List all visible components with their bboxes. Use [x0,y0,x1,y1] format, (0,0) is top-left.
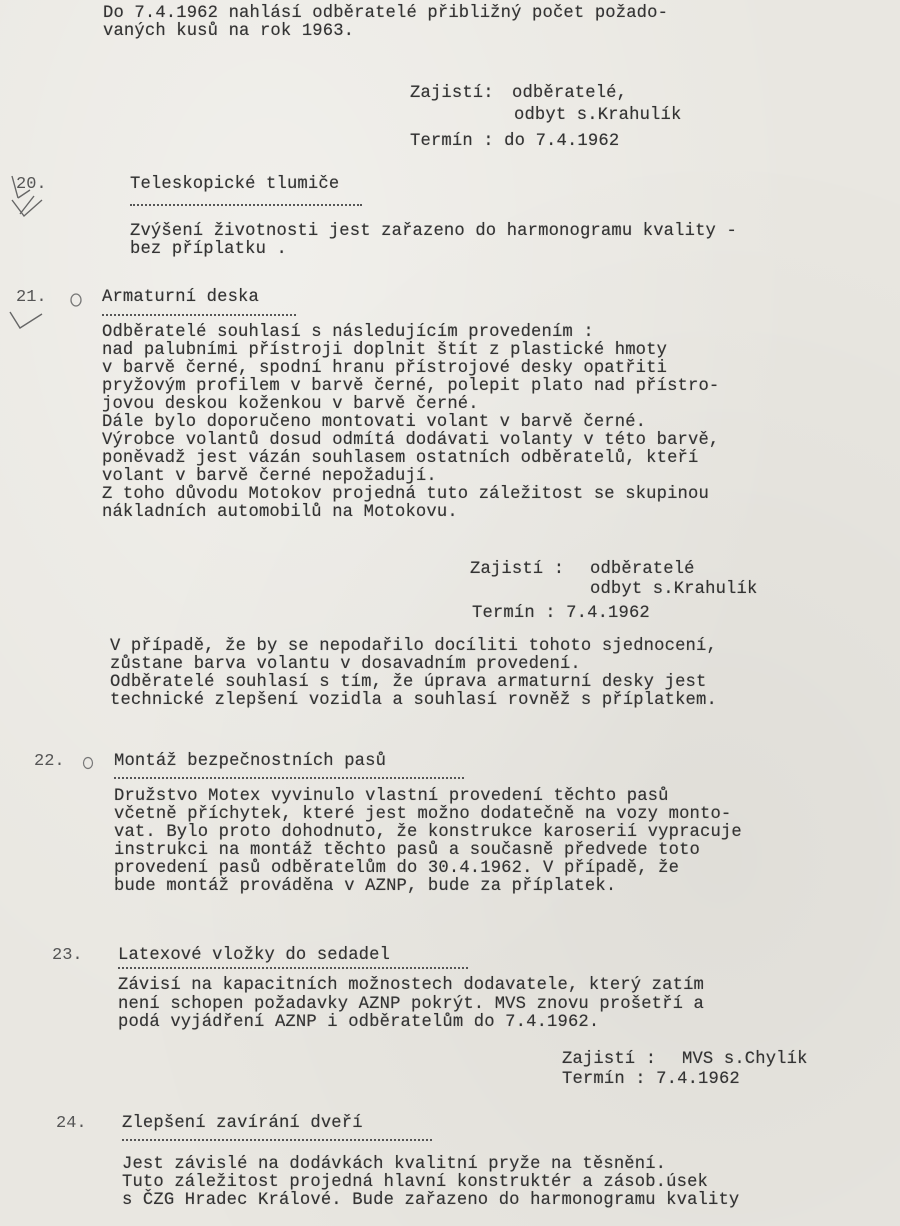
responsible-line: odběratelé [590,560,695,580]
check-mark-icon [8,306,48,336]
body-line: V případě, že by se nepodařilo docíliti … [110,637,717,657]
body-line: včetně příchytek, které jest možno dodat… [114,805,731,825]
responsible-label: Zajistí : [470,560,564,580]
body-line: v barvě černé, spodní hranu přístrojové … [102,359,667,379]
section-title: Latexové vložky do sedadel [118,946,390,966]
item-number: 24. [56,1114,87,1134]
body-line: nákladních automobilů na Motokovu. [102,503,458,523]
section-title: Teleskopické tlumiče [130,175,339,195]
body-line: podá vyjádření AZNP i odběratelům do 7.4… [118,1013,599,1033]
body-line: Tuto záležitost projedná hlavní konstruk… [122,1173,708,1193]
section-title: Zlepšení zavírání dveří [122,1114,363,1134]
body-line: technické zlepšení vozidla a souhlasí ro… [110,691,717,711]
deadline: Termín : 7.4.1962 [472,604,650,624]
scanned-page: Do 7.4.1962 nahlásí odběratelé přibližný… [0,0,900,1226]
body-line: bude montáž prováděna v AZNP, bude za př… [114,877,616,897]
body-line: Odběratelé souhlasí s tím, že úprava arm… [110,673,706,693]
body-line: Družstvo Motex vyvinulo vlastní proveden… [114,787,669,807]
title-underline [118,967,468,969]
body-line: Zvýšení životnosti jest zařazeno do harm… [130,222,737,242]
body-line: jovou deskou koženkou v barvě černé. [102,395,479,415]
body-line: s ČZG Hradec Králové. Bude zařazeno do h… [122,1191,739,1211]
body-line: Jest závislé na dodávkách kvalitní pryže… [122,1155,666,1175]
body-line: Odběratelé souhlasí s následujícím prove… [102,323,594,343]
body-line: volant v barvě černé nepožadují. [102,467,437,487]
body-line: provedení pasů odběratelům do 30.4.1962.… [114,859,679,879]
responsible-line: odbyt s.Krahulík [514,106,681,126]
circle-mark-icon [68,291,86,309]
body-line: Závisí na kapacitních možnostech dodavat… [118,976,704,996]
body-line: Dále bylo doporučeno montovati volant v … [102,413,646,433]
deadline: Termín : do 7.4.1962 [410,132,619,152]
title-underline [122,1139,432,1141]
responsible-line: odbyt s.Krahulík [590,580,757,600]
title-underline [130,204,362,206]
deadline: Termín : 7.4.1962 [562,1070,740,1090]
item-number: 23. [52,946,83,966]
item-number: 22. [34,752,65,772]
responsible-label: Zajistí : [562,1050,656,1070]
intro-line: vaných kusů na rok 1963. [103,22,354,42]
body-line: poněvadž jest vázán souhlasem ostatních … [102,449,698,469]
body-line: zůstane barva volantu v dosavadním prove… [110,655,581,675]
circle-mark-icon [80,755,96,771]
intro-line: Do 7.4.1962 nahlásí odběratelé přibližný… [103,4,668,24]
body-line: nad palubními přístroji doplnit štít z p… [102,341,667,361]
section-title: Armaturní deska [102,288,259,308]
section-title: Montáž bezpečnostních pasů [114,752,386,772]
body-line: vat. Bylo proto dohodnuto, že konstrukce… [114,823,742,843]
responsible-line: MVS s.Chylík [682,1050,808,1070]
title-underline [114,777,464,779]
item-number: 21. [16,288,47,308]
body-line: pryžovým profilem v barvě černé, polepit… [102,377,719,397]
responsible-line: odběratelé, [512,84,627,104]
body-line: Výrobce volantů dosud odmítá dodávati vo… [102,431,719,451]
body-line: instrukci na montáž těchto pasů a součas… [114,841,700,861]
body-line: bez příplatku . [130,240,287,260]
check-mark-icon [6,170,56,222]
title-underline [102,314,296,316]
body-line: Z toho důvodu Motokov projedná tuto zále… [102,485,709,505]
body-line: není schopen požadavky AZNP pokrýt. MVS … [118,995,704,1015]
responsible-label: Zajistí: [410,84,494,104]
